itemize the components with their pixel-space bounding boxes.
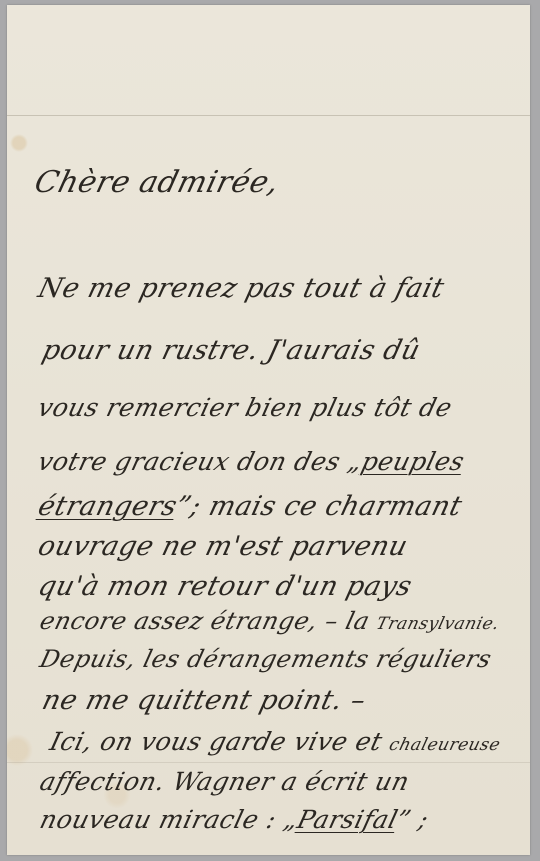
- salutation: Chère admirée,: [31, 165, 283, 200]
- letter-line-7: qu'à mon retour d'un pays: [35, 571, 415, 602]
- letter-line-3: vous remercier bien plus tôt de: [35, 393, 455, 422]
- fold-crease: [7, 115, 530, 116]
- letter-line-1: Ne me prenez pas tout à fait: [35, 273, 447, 304]
- letter-line-4: votre gracieux don des „peuples: [35, 447, 468, 476]
- letter-line-9: Depuis, les dérangements réguliers: [37, 645, 495, 673]
- letter-line-8: encore assez étrange, – la Transylvanie.: [37, 607, 503, 635]
- letter-line-2: pour un rustre. J'aurais dû: [39, 335, 424, 366]
- letter-line-12: affection. Wagner a écrit un: [37, 767, 413, 796]
- letter-line-5: étrangers”; mais ce charmant: [35, 491, 465, 522]
- fold-crease: [7, 762, 530, 763]
- letter-line-10: ne me quittent point. –: [39, 685, 369, 716]
- letter-page: Chère admirée, Ne me prenez pas tout à f…: [7, 5, 530, 855]
- letter-line-11: Ici, on vous garde vive et chaleureuse: [47, 727, 505, 756]
- letter-line-13: nouveau miracle : „Parsifal” ;: [37, 805, 432, 834]
- letter-line-6: ouvrage ne m'est parvenu: [35, 531, 411, 562]
